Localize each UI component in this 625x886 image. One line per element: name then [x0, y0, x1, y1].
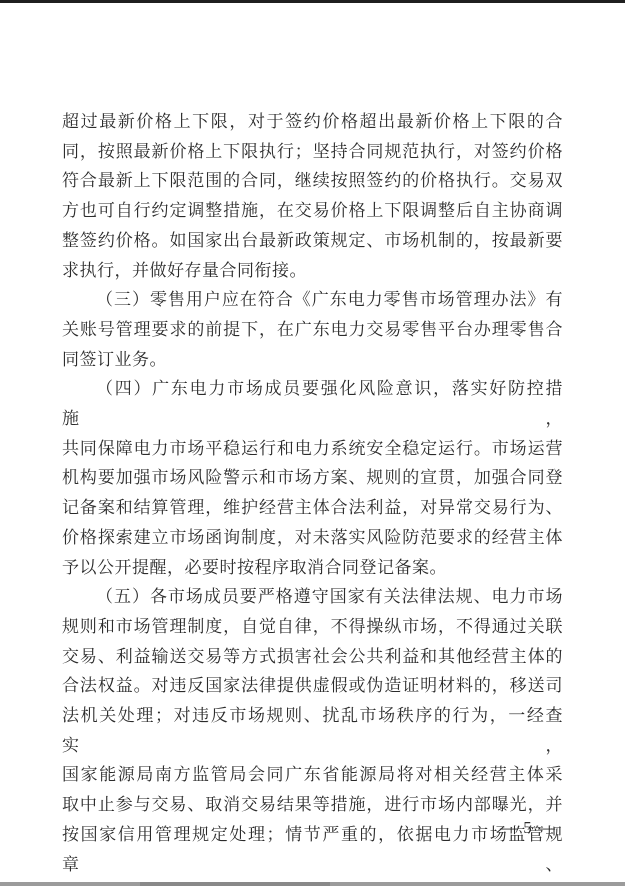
text-line: 记备案和结算管理，维护经营主体合法利益，对异常交易行为、 — [62, 493, 563, 523]
text-line: 整签约价格。如国家出台最新政策规定、市场机制的，按最新要 — [62, 226, 563, 256]
top-edge-scan-line — [0, 0, 625, 3]
text-line: 机构要加强市场风险警示和市场方案、规则的宣贯，加强合同登 — [62, 463, 563, 493]
text-line: 符合最新上下限范围的合同，继续按照签约的价格执行。交易双 — [62, 166, 563, 196]
text-line-paragraph-start: （三）零售用户应在符合《广东电力零售市场管理办法》有 — [62, 285, 563, 315]
scanned-document-page: 超过最新价格上下限，对于签约价格超出最新价格上下限的合 同，按照最新价格上下限执… — [0, 0, 625, 886]
text-line: 方也可自行约定调整措施，在交易价格上下限调整后自主协商调 — [62, 196, 563, 226]
scan-smudge — [140, 882, 330, 886]
text-line-paragraph-start: （四）广东电力市场成员要强化风险意识，落实好防控措施， — [62, 374, 563, 433]
text-line: 价格探索建立市场函询制度，对未落实风险防范要求的经营主体 — [62, 523, 563, 553]
bottom-edge-scan-line — [0, 882, 625, 886]
text-line: 同，按照最新价格上下限执行；坚持合同规范执行，对签约价格 — [62, 137, 563, 167]
text-line: 共同保障电力市场平稳运行和电力系统安全稳定运行。市场运营 — [62, 434, 563, 464]
text-line: 合法权益。对违反国家法律提供虚假或伪造证明材料的，移送司 — [62, 671, 563, 701]
text-line: 予以公开提醒，必要时按程序取消合同登记备案。 — [62, 553, 563, 583]
text-line: 取中止参与交易、取消交易结果等措施，进行市场内部曝光，并 — [62, 790, 563, 820]
text-line-paragraph-start: （五）各市场成员要严格遵守国家有关法律法规、电力市场 — [62, 582, 563, 612]
text-line: 超过最新价格上下限，对于签约价格超出最新价格上下限的合 — [62, 107, 563, 137]
text-line: 规则和市场管理制度，自觉自律，不得操纵市场，不得通过关联 — [62, 612, 563, 642]
document-body-text: 超过最新价格上下限，对于签约价格超出最新价格上下限的合 同，按照最新价格上下限执… — [62, 107, 563, 879]
text-line: 按国家信用管理规定处理；情节严重的，依据电力市场监管规章、 — [62, 820, 563, 879]
text-line: 关账号管理要求的前提下，在广东电力交易零售平台办理零售合 — [62, 315, 563, 345]
text-line: 同签订业务。 — [62, 345, 563, 375]
text-line: 法机关处理；对违反市场规则、扰乱市场秩序的行为，一经查实， — [62, 701, 563, 760]
text-line: 交易、利益输送交易等方式损害社会公共利益和其他经营主体的 — [62, 642, 563, 672]
page-number: — 5 — — [492, 818, 564, 838]
text-line: 国家能源局南方监管局会同广东省能源局将对相关经营主体采 — [62, 760, 563, 790]
text-line: 求执行，并做好存量合同衔接。 — [62, 256, 563, 286]
